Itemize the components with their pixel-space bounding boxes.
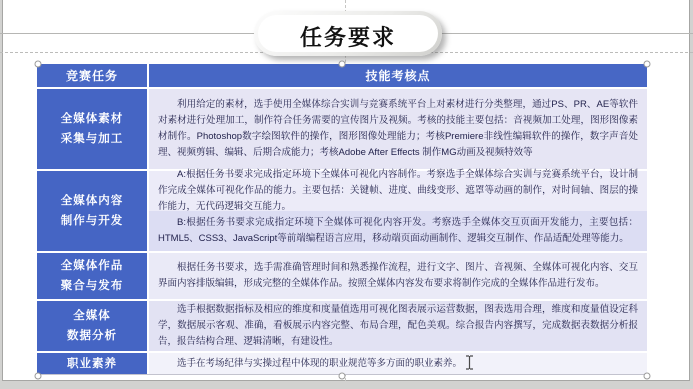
row-label-production[interactable]: 全媒体内容 制作与开发 <box>37 171 147 251</box>
text-cursor-icon <box>465 355 474 370</box>
sub-row-a: A:根据任务书要求完成指定环境下全媒体可视化内容制作。考察选手全媒体综合实训与竞… <box>149 171 647 211</box>
selection-handle-bottom-center[interactable] <box>339 373 346 380</box>
requirements-table[interactable]: 竞赛任务 技能考核点 全媒体素材 采集与加工 利用给定的素材，选手使用全媒体综合… <box>37 64 647 375</box>
paragraph: 根据任务书要求，选手需准确管理时间和熟悉操作流程，进行文字、图片、音视频、全媒体… <box>149 260 647 292</box>
slide-title: 任务要求 <box>300 27 396 52</box>
header-cell-task[interactable]: 竞赛任务 <box>37 64 147 87</box>
selection-handle-bottom-right[interactable] <box>644 373 651 380</box>
slide-title-shape[interactable]: 任务要求 <box>254 11 442 56</box>
row-label-data-analysis[interactable]: 全媒体 数据分析 <box>37 301 147 351</box>
table-row: 全媒体内容 制作与开发 A:根据任务书要求完成指定环境下全媒体可视化内容制作。考… <box>37 171 647 251</box>
row-content-publish[interactable]: 根据任务书要求，选手需准确管理时间和熟悉操作流程，进行文字、图片、音视频、全媒体… <box>149 253 647 299</box>
slide-title-inner: 任务要求 <box>258 15 438 52</box>
selection-handle-top-center[interactable] <box>339 61 346 68</box>
row-label-professionalism[interactable]: 职业素养 <box>37 353 147 374</box>
table-row: 全媒体 数据分析 选手根据数据指标及相应的维度和度量值选用可视化图表展示运营数据… <box>37 301 647 351</box>
table-row: 职业素养 选手在考场纪律与实操过程中体现的职业规范等多方面的职业素养。 <box>37 353 647 374</box>
selection-handle-top-right[interactable] <box>644 61 651 68</box>
row-content-production[interactable]: A:根据任务书要求完成指定环境下全媒体可视化内容制作。考察选手全媒体综合实训与竞… <box>149 171 647 251</box>
selection-handle-bottom-left[interactable] <box>35 373 42 380</box>
row-label-material[interactable]: 全媒体素材 采集与加工 <box>37 89 147 169</box>
row-content-professionalism[interactable]: 选手在考场纪律与实操过程中体现的职业规范等多方面的职业素养。 <box>149 353 647 374</box>
row-label-publish[interactable]: 全媒体作品 聚合与发布 <box>37 253 147 299</box>
row-content-material[interactable]: 利用给定的素材，选手使用全媒体综合实训与竞赛系统平台上对素材进行分类整理，通过P… <box>149 89 647 169</box>
table-row: 全媒体作品 聚合与发布 根据任务书要求，选手需准确管理时间和熟悉操作流程，进行文… <box>37 253 647 299</box>
paragraph: B:根据任务书要求完成指定环境下全媒体可视化内容开发。考察选手全媒体交互页面开发… <box>149 215 647 247</box>
paragraph: A:根据任务书要求完成指定环境下全媒体可视化内容制作。考察选手全媒体综合实训与竞… <box>149 167 647 215</box>
table-row: 全媒体素材 采集与加工 利用给定的素材，选手使用全媒体综合实训与竞赛系统平台上对… <box>37 89 647 169</box>
paragraph: 利用给定的素材，选手使用全媒体综合实训与竞赛系统平台上对素材进行分类整理，通过P… <box>149 97 647 161</box>
row-content-data-analysis[interactable]: 选手根据数据指标及相应的维度和度量值选用可视化图表展示运营数据，图表选用合理，维… <box>149 301 647 351</box>
paragraph: 选手根据数据指标及相应的维度和度量值选用可视化图表展示运营数据，图表选用合理，维… <box>149 302 647 350</box>
selection-handle-top-left[interactable] <box>35 61 42 68</box>
header-cell-points[interactable]: 技能考核点 <box>149 64 647 87</box>
paragraph: 选手在考场纪律与实操过程中体现的职业规范等多方面的职业素养。 <box>149 356 647 372</box>
sub-row-b: B:根据任务书要求完成指定环境下全媒体可视化内容开发。考察选手全媒体交互页面开发… <box>149 211 647 251</box>
